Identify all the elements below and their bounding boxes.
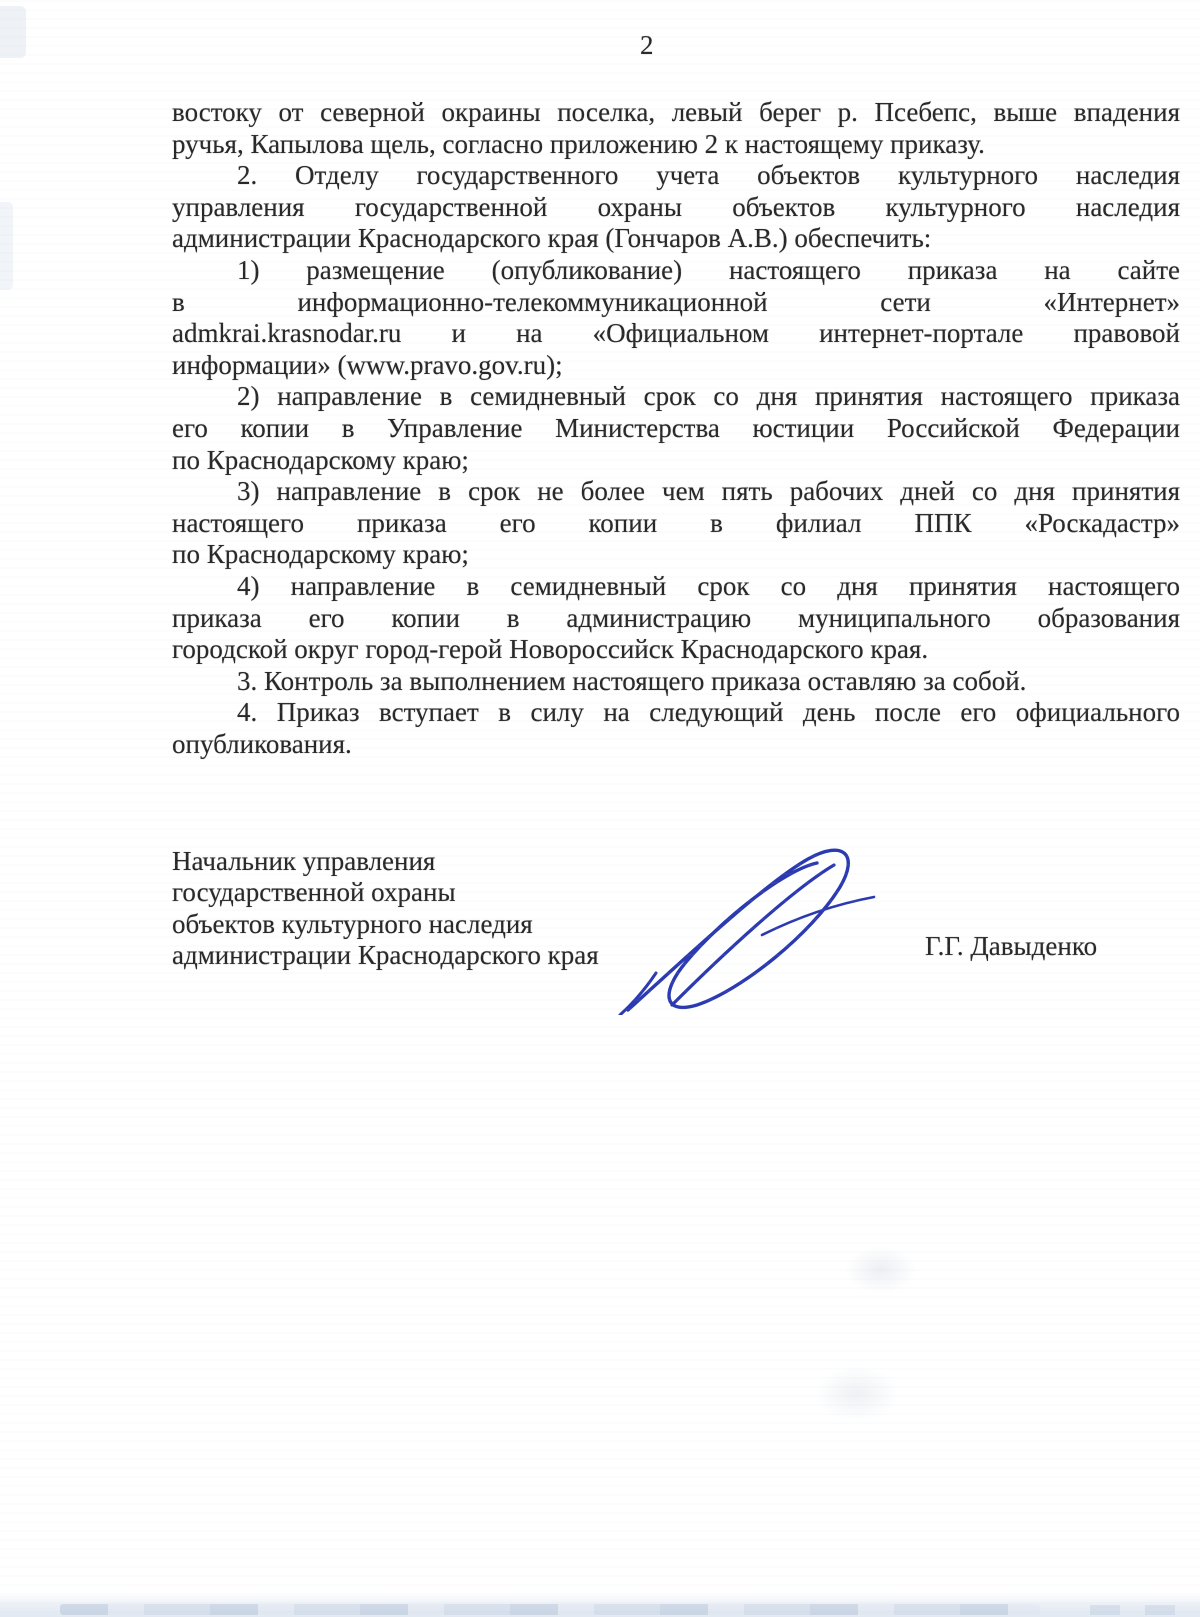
- body-text-line: 2) направление в семидневный срок со дня…: [172, 381, 1180, 413]
- signatory-title-line: государственной охраны: [172, 877, 599, 908]
- signatory-name: Г.Г. Давыденко: [925, 931, 1097, 962]
- body-text-line: по Краснодарскому краю;: [172, 445, 1180, 477]
- body-text-line: 4) направление в семидневный срок со дня…: [172, 571, 1180, 603]
- body-text-line: 1) размещение (опубликование) настоящего…: [172, 255, 1180, 287]
- body-text-line: настоящего приказа его копии в филиал ПП…: [172, 508, 1180, 540]
- body-text-line: приказа его копии в администрацию муници…: [172, 603, 1180, 635]
- body-text-line: по Краснодарскому краю;: [172, 539, 1180, 571]
- scan-artifact-smudge: [815, 1366, 899, 1422]
- body-text-line: информации» (www.pravo.gov.ru);: [172, 350, 1180, 382]
- body-text-line: 3. Контроль за выполнением настоящего пр…: [172, 666, 1180, 698]
- scan-artifact-bottom-edge: [0, 1595, 1200, 1617]
- document-body: востоку от северной окраины поселка, лев…: [172, 97, 1180, 760]
- scan-artifact-smudge: [845, 1246, 917, 1294]
- page-number: 2: [640, 30, 654, 61]
- body-text-line: управления государственной охраны объект…: [172, 192, 1180, 224]
- body-text-line: 4. Приказ вступает в силу на следующий д…: [172, 697, 1180, 729]
- body-text-line: ручья, Капылова щель, согласно приложени…: [172, 129, 1180, 161]
- signatory-title-line: администрации Краснодарского края: [172, 940, 599, 971]
- signatory-title-line: объектов культурного наследия: [172, 909, 599, 940]
- signatory-title-block: Начальник управления государственной охр…: [172, 846, 599, 972]
- body-text-line: 2. Отделу государственного учета объекто…: [172, 160, 1180, 192]
- signature-stroke: [628, 850, 848, 1010]
- signature-stroke: [620, 973, 656, 1015]
- body-text-line: опубликования.: [172, 729, 1180, 761]
- body-text-line: администрации Краснодарского края (Гонча…: [172, 223, 1180, 255]
- document-page: 2 востоку от северной окраины поселка, л…: [0, 0, 1200, 1617]
- scan-artifact-left-edge: [0, 202, 13, 290]
- signatory-title-line: Начальник управления: [172, 846, 599, 877]
- scan-artifact-top-left: [0, 6, 26, 58]
- scan-artifact-bottom-mottle: [1090, 1605, 1200, 1615]
- signature-stroke: [672, 865, 834, 1005]
- body-text-line: городской округ город-герой Новороссийск…: [172, 634, 1180, 666]
- handwritten-signature-ink: [612, 845, 892, 1015]
- body-text-line: его копии в Управление Министерства юсти…: [172, 413, 1180, 445]
- body-text-line: востоку от северной окраины поселка, лев…: [172, 97, 1180, 129]
- body-text-line: в информационно-телекоммуникационной сет…: [172, 287, 1180, 319]
- body-text-line: admkrai.krasnodar.ru и на «Официальном и…: [172, 318, 1180, 350]
- scan-artifact-bottom-mottle: [60, 1604, 1040, 1615]
- body-text-line: 3) направление в срок не более чем пять …: [172, 476, 1180, 508]
